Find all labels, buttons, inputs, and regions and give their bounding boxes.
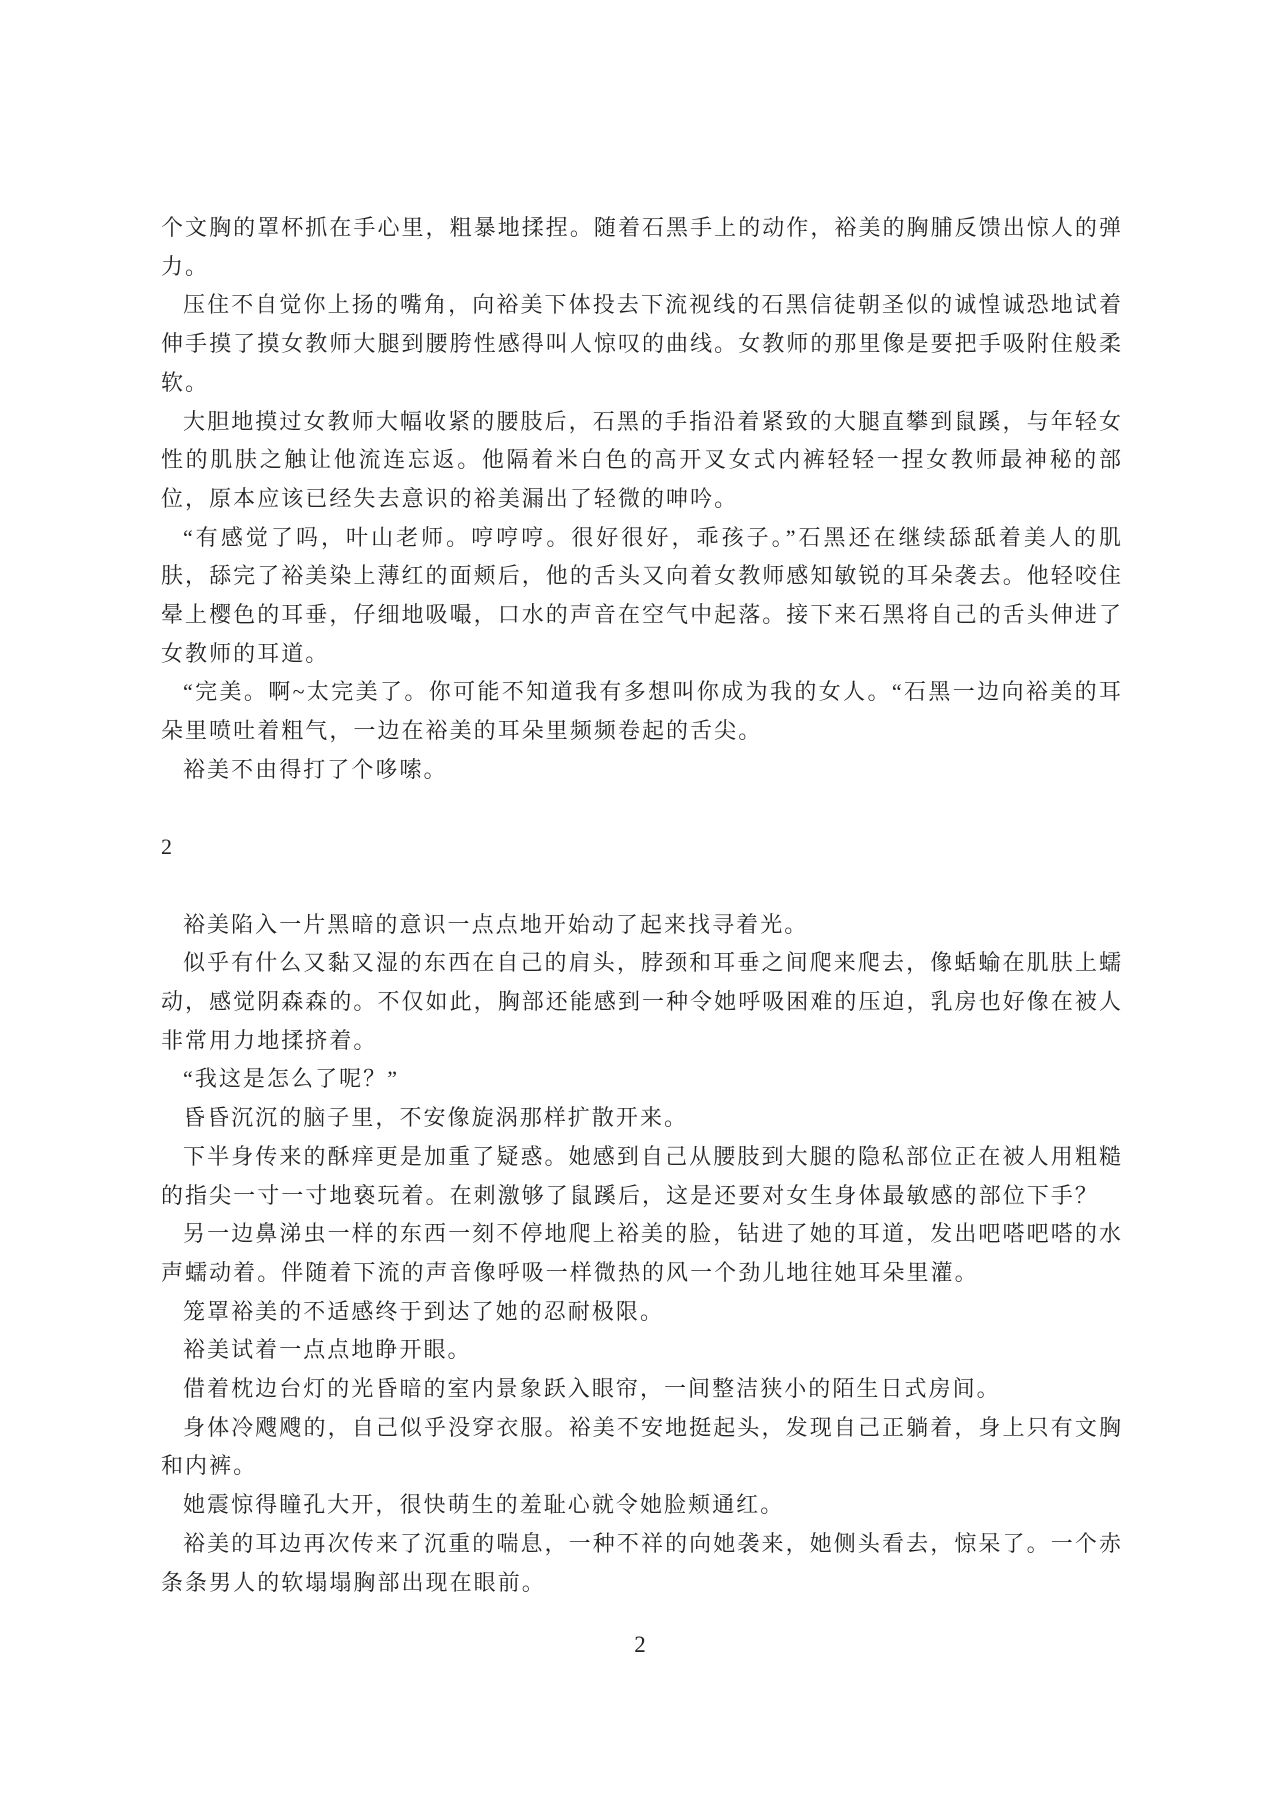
paragraph: 大胆地摸过女教师大幅收紧的腰肢后，石黑的手指沿着紧致的大腿直攀到鼠蹊，与年轻女性…	[161, 403, 1123, 519]
document-page: 个文胸的罩杯抓在手心里，粗暴地揉捏。随着石黑手上的动作，裕美的胸脯反馈出惊人的弹…	[0, 0, 1280, 1811]
paragraph: 裕美不由得打了个哆嗦。	[161, 751, 1123, 790]
paragraph: 个文胸的罩杯抓在手心里，粗暴地揉捏。随着石黑手上的动作，裕美的胸脯反馈出惊人的弹…	[161, 209, 1123, 286]
paragraph: 裕美陷入一片黑暗的意识一点点地开始动了起来找寻着光。	[161, 906, 1123, 945]
paragraph: “完美。啊~太完美了。你可能不知道我有多想叫你成为我的女人。“石黑一边向裕美的耳…	[161, 673, 1123, 750]
paragraph: 身体冷飕飕的，自己似乎没穿衣服。裕美不安地挺起头，发现自己正躺着，身上只有文胸和…	[161, 1409, 1123, 1486]
text-block: 个文胸的罩杯抓在手心里，粗暴地揉捏。随着石黑手上的动作，裕美的胸脯反馈出惊人的弹…	[161, 209, 1123, 1602]
paragraph: “有感觉了吗，叶山老师。哼哼哼。很好很好，乖孩子。”石黑还在继续舔舐着美人的肌肤…	[161, 519, 1123, 674]
paragraph: 下半身传来的酥痒更是加重了疑惑。她感到自己从腰肢到大腿的隐私部位正在被人用粗糙的…	[161, 1138, 1123, 1215]
paragraph: “我这是怎么了呢？”	[161, 1060, 1123, 1099]
paragraph: 另一边鼻涕虫一样的东西一刻不停地爬上裕美的脸，钻进了她的耳道，发出吧嗒吧嗒的水声…	[161, 1215, 1123, 1292]
paragraph: 似乎有什么又黏又湿的东西在自己的肩头，脖颈和耳垂之间爬来爬去，像蛞蝓在肌肤上蠕动…	[161, 944, 1123, 1060]
paragraph: 昏昏沉沉的脑子里，不安像旋涡那样扩散开来。	[161, 1099, 1123, 1138]
paragraph: 借着枕边台灯的光昏暗的室内景象跃入眼帘，一间整洁狭小的陌生日式房间。	[161, 1370, 1123, 1409]
page-number: 2	[0, 1628, 1280, 1662]
paragraph: 裕美试着一点点地睁开眼。	[161, 1331, 1123, 1370]
section-heading: 2	[161, 828, 1123, 867]
paragraph: 压住不自觉你上扬的嘴角，向裕美下体投去下流视线的石黑信徒朝圣似的诚惶诚恐地试着伸…	[161, 286, 1123, 402]
paragraph: 笼罩裕美的不适感终于到达了她的忍耐极限。	[161, 1293, 1123, 1332]
paragraph: 她震惊得瞳孔大开，很快萌生的羞耻心就令她脸颊通红。	[161, 1486, 1123, 1525]
paragraph: 裕美的耳边再次传来了沉重的喘息，一种不祥的向她袭来，她侧头看去，惊呆了。一个赤条…	[161, 1525, 1123, 1602]
